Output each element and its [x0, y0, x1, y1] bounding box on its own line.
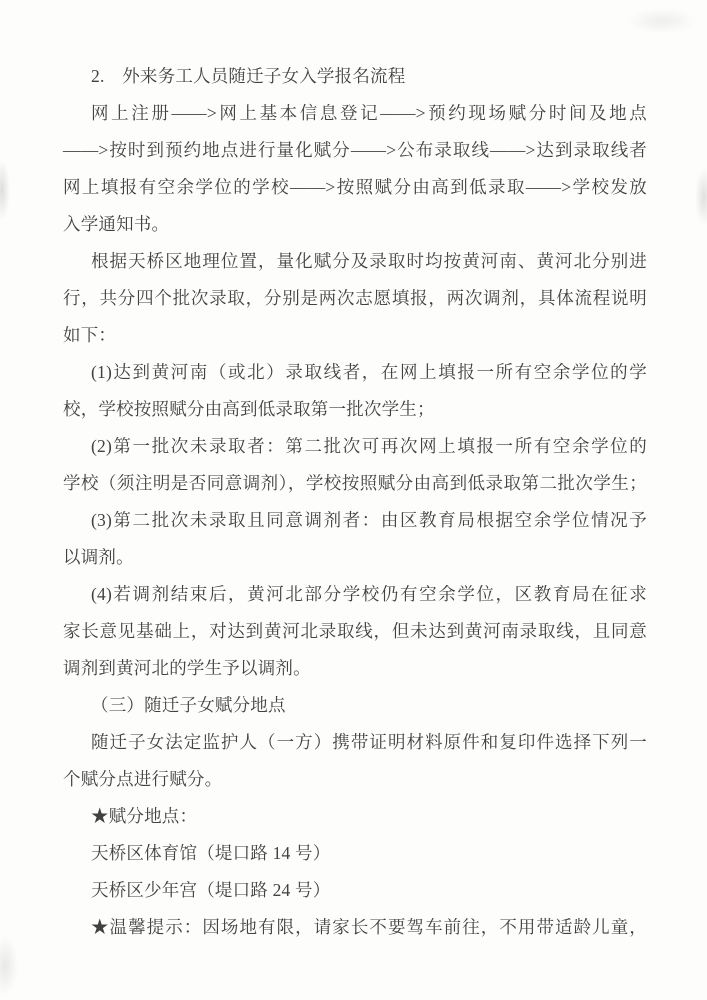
document-text-line: 校，学校按照赋分由高到低录取第一批次学生；: [63, 391, 647, 428]
document-text-line: 行，共分四个批次录取，分别是两次志愿填报，两次调剂，具体流程说明: [63, 280, 647, 317]
scan-smudge-bottom-left: [0, 936, 18, 996]
document-heading-line: 2. 外来务工人员随迁子女入学报名流程: [63, 58, 647, 95]
document-text-line: (4)若调剂结束后，黄河北部分学校仍有空余学位，区教育局在征求: [63, 576, 647, 613]
document-text-line: (3)第二批次未录取且同意调剂者：由区教育局根据空余学位情况予: [63, 502, 647, 539]
document-page: 2. 外来务工人员随迁子女入学报名流程网上注册——>网上基本信息登记——>预约现…: [0, 0, 707, 1000]
scan-smudge-right: [695, 168, 707, 226]
document-text-line: 根据天桥区地理位置，量化赋分及录取时均按黄河南、黄河北分别进: [63, 243, 647, 280]
document-text-line: 入学通知书。: [63, 206, 647, 243]
document-text-block: 2. 外来务工人员随迁子女入学报名流程网上注册——>网上基本信息登记——>预约现…: [63, 58, 647, 946]
document-text-line: 随迁子女法定监护人（一方）携带证明材料原件和复印件选择下列一: [63, 724, 647, 761]
document-text-line: 天桥区体育馆（堤口路 14 号）: [63, 835, 647, 872]
document-text-line: 网上填报有空余学位的学校——>按照赋分由高到低录取——>学校发放: [63, 169, 647, 206]
scan-smudge-top-right: [627, 8, 697, 34]
document-text-line: 家长意见基础上，对达到黄河北录取线，但未达到黄河南录取线，且同意: [63, 613, 647, 650]
document-text-line: 天桥区少年宫（堤口路 24 号）: [63, 872, 647, 909]
document-text-line: ——>按时到预约地点进行量化赋分——>公布录取线——>达到录取线者: [63, 132, 647, 169]
document-heading-line: （三）随迁子女赋分地点: [63, 687, 647, 724]
document-text-line: 个赋分点进行赋分。: [63, 761, 647, 798]
document-text-line: 以调剂。: [63, 539, 647, 576]
document-text-line: (2)第一批次未录取者：第二批次可再次网上填报一所有空余学位的: [63, 428, 647, 465]
document-text-line: ★赋分地点：: [63, 798, 647, 835]
document-text-line: 学校（须注明是否同意调剂），学校按照赋分由高到低录取第二批次学生；: [63, 465, 647, 502]
document-text-line: 调剂到黄河北的学生予以调剂。: [63, 650, 647, 687]
document-text-line: (1)达到黄河南（或北）录取线者，在网上填报一所有空余学位的学: [63, 354, 647, 391]
document-text-line: ★温馨提示：因场地有限，请家长不要驾车前往，不用带适龄儿童，: [63, 909, 647, 946]
document-text-line: 如下：: [63, 317, 647, 354]
document-text-line: 网上注册——>网上基本信息登记——>预约现场赋分时间及地点: [63, 95, 647, 132]
scan-smudge-left: [0, 160, 10, 220]
